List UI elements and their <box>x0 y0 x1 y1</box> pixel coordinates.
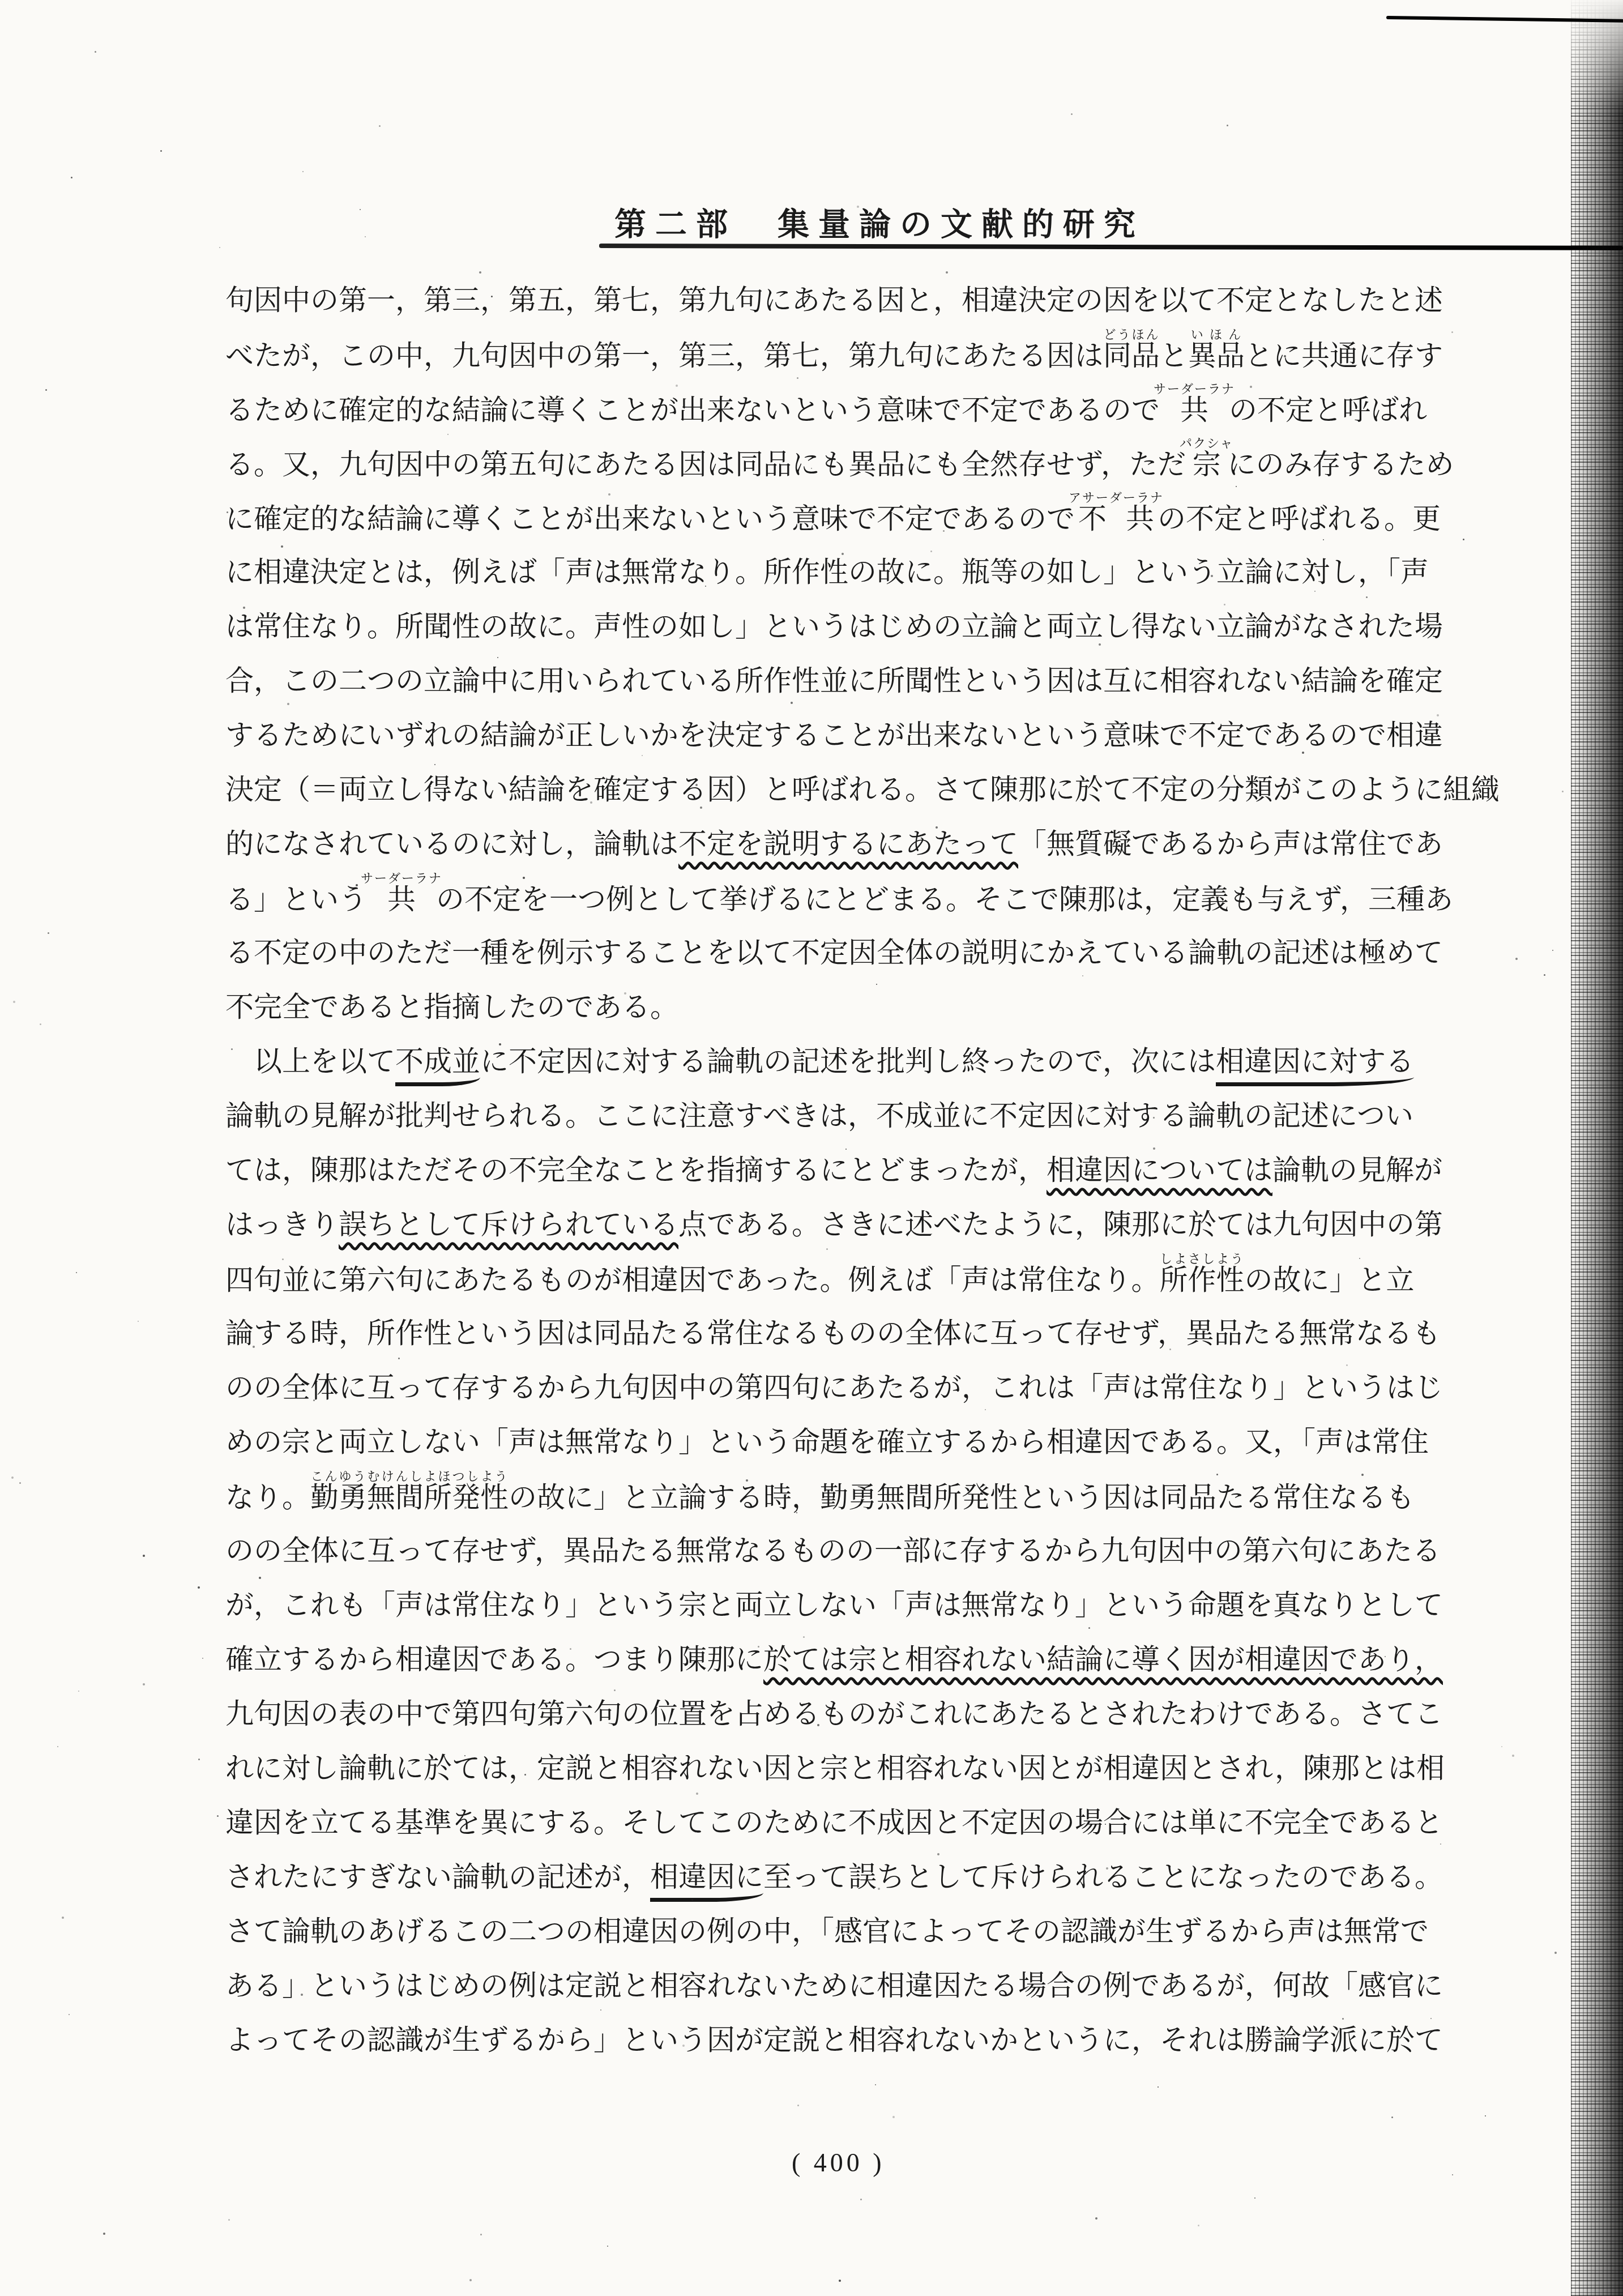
text-line: のの全体に互って存するから九句因中の第四句にあたるが，これは「声は常住なり」とい… <box>225 1360 1500 1415</box>
text-segment: に相違決定とは，例えば「声は無常なり。所作性の故に。瓶等の如し」という立論に対し… <box>225 556 1429 588</box>
text-segment: 不定を説明するにあたって <box>678 828 1018 860</box>
text-line: のの全体に互って存せず，異品たる無常なるものの一部に存するから九句因中の第六句に… <box>225 1523 1500 1578</box>
ruby-base: 勤勇無間所発性 <box>310 1482 509 1513</box>
text-segment: れに対し論軌に於ては，定説と相容れない因と宗と相容れない因とが相違因とされ，陳那… <box>225 1752 1445 1784</box>
text-segment: 点である。さきに述べたように，陳那に於ては九句因中の第 <box>678 1209 1443 1240</box>
text-line: 的になされているのに対し，論軌は不定を説明するにあたって「無質礙であるから声は常… <box>225 817 1500 871</box>
text-segment: に不定因に対する論軌の記述を批判し終ったので，次には <box>480 1045 1216 1077</box>
text-line: めの宗と両立しない「声は無常なり」という命題を確立するから相違因である。又，「声… <box>225 1415 1500 1469</box>
text-segment: の故に」と立論する時，勤勇無間所発性という因は同品たる常住なるも <box>509 1482 1415 1513</box>
text-line: が，これも「声は常住なり」という宗と両立しない「声は無常なり」という命題を真なり… <box>225 1578 1500 1632</box>
ruby-annotated-text: 勤勇無間所発性こんゆうむけんしよほつしよう <box>310 1482 509 1513</box>
text-segment: の故に」と立 <box>1245 1264 1415 1296</box>
furigana: パクシャ <box>1180 436 1234 450</box>
text-segment: 不完全であると指摘したのである。 <box>225 991 678 1023</box>
text-segment: に確定的な結論に導くことが出来ないという意味で不定であるので <box>225 503 1075 535</box>
text-line: に確定的な結論に導くことが出来ないという意味で不定であるので不共アサーダーラナの… <box>225 490 1500 545</box>
text-segment: 違因を立てる基準を異にする。そしてこのために不成因と不定因の場合には単に不完全で… <box>225 1807 1443 1838</box>
scan-binding-edge <box>1571 0 1623 2296</box>
text-segment: べたが，この中，九句因中の第一，第三，第七，第九句にあたる因は <box>225 340 1103 372</box>
ruby-base: 不共 <box>1069 503 1164 535</box>
text-line: に相違決定とは，例えば「声は無常なり。所作性の故に。瓶等の如し」という立論に対し… <box>225 545 1500 599</box>
furigana: アサーダーラナ <box>1069 490 1164 505</box>
furigana: いほん <box>1188 327 1245 342</box>
furigana: サーダーラナ <box>361 871 442 885</box>
text-line: されたにすぎない論軌の記述が，相違因に至って誤ちとして斥けられることになったので… <box>225 1850 1500 1904</box>
text-line: る」という共サーダーラナの不定を一つ例として挙げるにとどまる。そこで陳那は，定義… <box>225 871 1500 925</box>
text-segment: 不成並 <box>395 1045 480 1086</box>
ruby-base: 共 <box>361 884 442 915</box>
text-segment: 相違因については <box>1047 1154 1272 1186</box>
ruby-annotated-text: 同品どうほん <box>1103 340 1160 372</box>
text-segment: にのみ存するため <box>1228 449 1454 480</box>
text-segment: 決定（＝両立し得ない結論を確定する因）と呼ばれる。さて陳那に於て不定の分類がこの… <box>225 774 1500 805</box>
text-segment: る不定の中のただ一種を例示することを以て不定因全体の説明にかえている論軌の記述は… <box>225 937 1443 968</box>
ruby-annotated-text: 共サーダーラナ <box>1160 394 1229 426</box>
ruby-annotated-text: 所作性しよさしよう <box>1160 1264 1245 1296</box>
text-line: 確立するから相違因である。つまり陳那に於ては宗と相容れない結論に導く因が相違因で… <box>225 1632 1500 1687</box>
text-segment: するためにいずれの結論が正しいかを決定することが出来ないという意味で不定であるの… <box>225 719 1443 751</box>
text-segment: る」という <box>225 884 367 915</box>
text-line: 決定（＝両立し得ない結論を確定する因）と呼ばれる。さて陳那に於て不定の分類がこの… <box>225 762 1500 817</box>
ruby-annotated-text: 宗パクシャ <box>1186 449 1228 480</box>
text-segment: よってその認識が生ずるから」という因が定説と相容れないかというに，それは勝論学派… <box>225 2024 1443 2056</box>
text-segment: 確立するから相違因である。つまり陳那に <box>225 1644 763 1675</box>
text-line: ては，陳那はただその不完全なことを指摘するにとどまったが，相違因については論軌の… <box>225 1143 1500 1197</box>
text-line: 論軌の見解が批判せられる。ここに注意すべきは，不成並に不定因に対する論軌の記述に… <box>225 1089 1500 1143</box>
text-line: はっきり誤ちとして斥けられている点である。さきに述べたように，陳那に於ては九句因… <box>225 1197 1500 1252</box>
text-line: さて論軌のあげるこの二つの相違因の例の中，「感官によってその認識が生ずるから声は… <box>225 1904 1500 1958</box>
text-line: 違因を立てる基準を異にする。そしてこのために不成因と不定因の場合には単に不完全で… <box>225 1795 1500 1850</box>
ruby-base: 異品 <box>1188 340 1245 372</box>
text-segment: 九句因の表の中で第四句第六句の位置を占めるものがこれにあたるとされたわけである。… <box>225 1698 1443 1730</box>
text-segment: の不定と呼ばれる。更 <box>1158 503 1441 535</box>
header-rule <box>599 244 1623 250</box>
text-line: れに対し論軌に於ては，定説と相容れない因と宗と相容れない因とが相違因とされ，陳那… <box>225 1741 1500 1795</box>
ruby-base: 宗 <box>1180 449 1234 480</box>
ruby-base: 同品 <box>1103 340 1160 372</box>
text-segment: の不定と呼ばれ <box>1229 394 1427 426</box>
text-line: 合，この二つの立論中に用いられている所作性並に所聞性という因は互に相容れない結論… <box>225 654 1500 708</box>
text-segment: とに共通に存す <box>1245 340 1443 372</box>
ruby-annotated-text: 共サーダーラナ <box>367 884 436 915</box>
ruby-base: 共 <box>1154 394 1235 426</box>
text-segment: 論軌の見解が批判せられる。ここに注意すべきは，不成並に不定因に対する論軌の記述に… <box>225 1100 1413 1132</box>
text-line: よってその認識が生ずるから」という因が定説と相容れないかというに，それは勝論学派… <box>225 2013 1500 2067</box>
text-segment: 論軌の見解が <box>1272 1154 1442 1186</box>
text-segment: と <box>1160 340 1188 372</box>
text-segment: 誤ちとして斥けられている <box>339 1209 678 1240</box>
text-segment: ある」というはじめの例は定説と相容れないために相違因たる場合の例であるが，何故「… <box>225 1970 1443 2001</box>
text-line: 九句因の表の中で第四句第六句の位置を占めるものがこれにあたるとされたわけである。… <box>225 1687 1500 1741</box>
page-header-title: 第二部 集量論の文献的研究 <box>614 199 1144 245</box>
text-segment: さて論軌のあげるこの二つの相違因の例の中，「感官によってその認識が生ずるから声は… <box>225 1915 1429 1947</box>
text-segment: はっきり <box>225 1209 339 1240</box>
text-segment: のの全体に互って存せず，異品たる無常なるものの一部に存するから九句因中の第六句に… <box>225 1535 1441 1567</box>
text-segment: のの全体に互って存するから九句因中の第四句にあたるが，これは「声は常住なり」とい… <box>225 1372 1443 1403</box>
text-line: る。又，九句因中の第五句にあたる因は同品にも異品にも全然存せず，ただ宗パクシャに… <box>225 436 1500 490</box>
ruby-annotated-text: 不共アサーダーラナ <box>1075 503 1158 535</box>
scanned-page: 第二部 集量論の文献的研究 句因中の第一，第三，第五，第七，第九句にあたる因と，… <box>0 0 1623 2296</box>
text-line: するためにいずれの結論が正しいかを決定することが出来ないという意味で不定であるの… <box>225 708 1500 762</box>
text-segment: は常住なり。所聞性の故に。声性の如し」というはじめの立論と両立し得ない立論がなさ… <box>225 611 1443 642</box>
text-line: る不定の中のただ一種を例示することを以て不定因全体の説明にかえている論軌の記述は… <box>225 925 1500 980</box>
text-segment: 於ては宗と相容れない結論に導く因が相違因であり， <box>763 1644 1443 1675</box>
text-segment: 至って誤ちとして斥けられることになったのである。 <box>763 1861 1443 1893</box>
text-line: 論する時，所作性という因は同品たる常住なるものの全体に互って存せず，異品たる無常… <box>225 1306 1500 1360</box>
text-segment: されたにすぎない論軌の記述が， <box>225 1861 650 1893</box>
furigana: どうほん <box>1103 327 1160 342</box>
text-line: ある」というはじめの例は定説と相容れないために相違因たる場合の例であるが，何故「… <box>225 1958 1500 2013</box>
page-number: ( 400 ) <box>792 2148 885 2178</box>
text-segment: が，これも「声は常住なり」という宗と両立しない「声は無常なり」という命題を真なり… <box>225 1589 1443 1621</box>
text-segment: るために確定的な結論に導くことが出来ないという意味で不定であるので <box>225 394 1160 426</box>
ruby-annotated-text: 異品いほん <box>1188 340 1245 372</box>
text-segment: 的になされているのに対し，論軌は <box>225 828 678 860</box>
text-line: 不完全であると指摘したのである。 <box>225 980 1500 1034</box>
text-line: は常住なり。所聞性の故に。声性の如し」というはじめの立論と両立し得ない立論がなさ… <box>225 599 1500 654</box>
text-segment: めの宗と両立しない「声は無常なり」という命題を確立するから相違因である。又，「声… <box>225 1426 1429 1458</box>
text-segment: 合，この二つの立論中に用いられている所作性並に所聞性という因は互に相容れない結論… <box>225 665 1443 697</box>
text-segment: 相違因に対する <box>1216 1045 1414 1086</box>
text-segment: の不定を一つ例として挙げるにとどまる。そこで陳那は，定義も与えず，三種あ <box>436 884 1453 915</box>
text-line: なり。勤勇無間所発性こんゆうむけんしよほつしようの故に」と立論する時，勤勇無間所… <box>225 1469 1500 1523</box>
text-segment: 句因中の第一，第三，第五，第七，第九句にあたる因と，相違決定の因を以て不定となし… <box>225 284 1443 316</box>
text-line: 四句並に第六句にあたるものが相違因であった。例えば「声は常住なり。所作性しよさし… <box>225 1252 1500 1306</box>
text-line: べたが，この中，九句因中の第一，第三，第七，第九句にあたる因は同品どうほんと異品… <box>225 327 1500 382</box>
furigana: こんゆうむけんしよほつしよう <box>310 1469 509 1483</box>
text-segment: なり。 <box>225 1482 310 1513</box>
text-line: るために確定的な結論に導くことが出来ないという意味で不定であるので共サーダーラナ… <box>225 382 1500 436</box>
text-segment: 「無質礙であるから声は常住であ <box>1018 828 1443 860</box>
text-segment: 以上を以て <box>254 1045 395 1077</box>
text-line: 句因中の第一，第三，第五，第七，第九句にあたる因と，相違決定の因を以て不定となし… <box>225 273 1500 327</box>
text-segment: 相違因に <box>650 1861 763 1902</box>
text-segment: 論する時，所作性という因は同品たる常住なるものの全体に互って存せず，異品たる無常… <box>225 1317 1441 1349</box>
text-line: 以上を以て不成並に不定因に対する論軌の記述を批判し終ったので，次には相違因に対す… <box>225 1034 1500 1089</box>
text-segment: 四句並に第六句にあたるものが相違因であった。例えば「声は常住なり。 <box>225 1264 1160 1296</box>
furigana: しよさしよう <box>1160 1252 1245 1266</box>
furigana: サーダーラナ <box>1154 382 1235 396</box>
text-segment: る。又，九句因中の第五句にあたる因は同品にも異品にも全然存せず，ただ <box>225 449 1186 480</box>
page-body-text: 句因中の第一，第三，第五，第七，第九句にあたる因と，相違決定の因を以て不定となし… <box>225 273 1500 2067</box>
ruby-base: 所作性 <box>1160 1264 1245 1296</box>
text-segment: ては，陳那はただその不完全なことを指摘するにとどまったが， <box>225 1154 1047 1186</box>
